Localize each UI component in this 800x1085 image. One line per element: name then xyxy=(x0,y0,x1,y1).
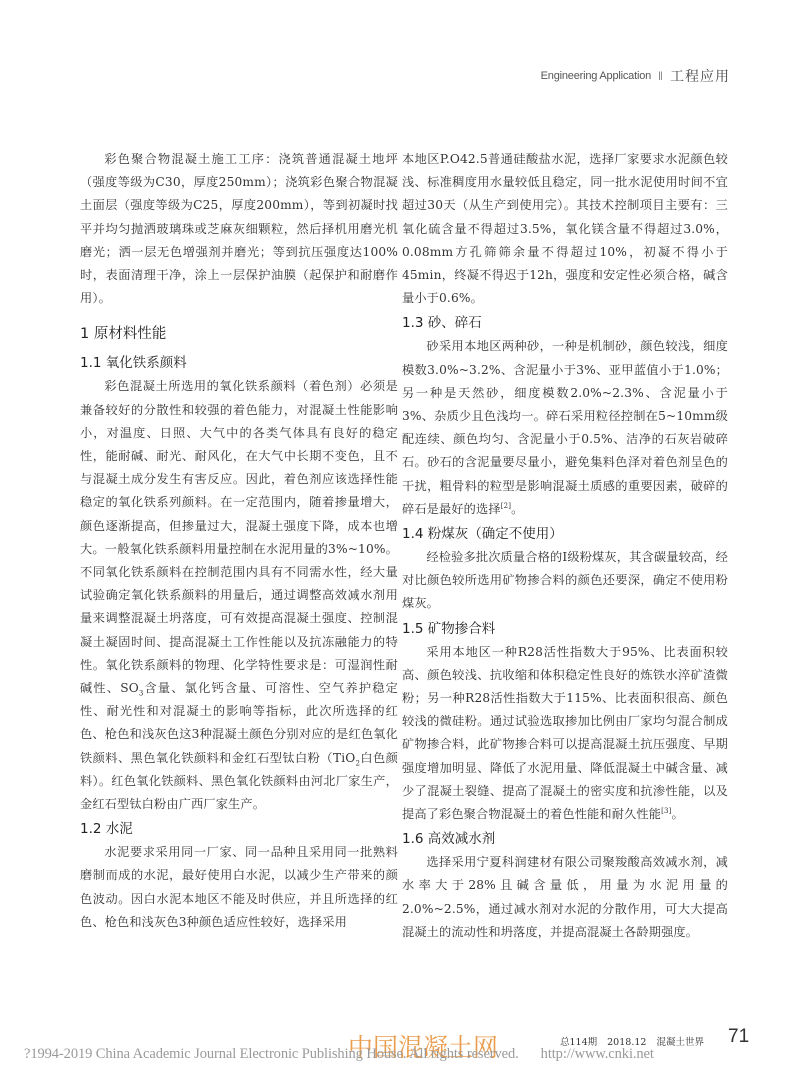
subsection-1-3-heading: 1.3 砂、碎石 xyxy=(402,312,728,334)
subsection-1-2-paragraph: 水泥要求采用同一厂家、同一品种且采用同一批熟料磨制而成的水泥，最好使用白水泥，以… xyxy=(80,841,398,934)
subsection-1-3-paragraph: 砂采用本地区两种砂，一种是机制砂，颜色较浅，细度模数3.0%~3.2%、含泥量小… xyxy=(402,335,728,521)
copyright-text: ?1994-2019 China Academic Journal Electr… xyxy=(24,1046,519,1062)
citation-ref[interactable]: [2] xyxy=(501,502,511,510)
left-column: 彩色聚合物混凝土施工工序：浇筑普通混凝土地坪（强度等级为C30，厚度250mm）… xyxy=(80,148,398,934)
subsection-1-1-paragraph: 彩色混凝土所选用的氧化铁系颜料（着色剂）必须是兼备较好的分散性和较强的着色能力，… xyxy=(80,375,398,816)
page-number: 71 xyxy=(728,1026,749,1048)
subsection-1-5-paragraph: 采用本地区一种R28活性指数大于95%、比表面积较高、颜色较浅、抗收缩和体积稳定… xyxy=(402,641,728,827)
subsection-1-2-heading: 1.2 水泥 xyxy=(80,818,398,840)
text-segment: 砂采用本地区两种砂，一种是机制砂，颜色较浅，细度模数3.0%~3.2%、含泥量小… xyxy=(402,339,728,515)
right-column: 本地区P.O42.5普通硅酸盐水泥，选择厂家要求水泥颜色较浅、标准稠度用水量较低… xyxy=(402,148,728,944)
intro-paragraph: 彩色聚合物混凝土施工工序：浇筑普通混凝土地坪（强度等级为C30，厚度250mm）… xyxy=(80,148,398,310)
subsection-1-4-paragraph: 经检验多批次质量合格的Ⅰ级粉煤灰，其含碳量较高，经对比颜色较所选用矿物掺合料的颜… xyxy=(402,546,728,616)
citation-ref[interactable]: [3] xyxy=(661,807,671,815)
journal-name: 混凝土世界 xyxy=(656,1034,704,1048)
header-section-en: Engineering Application xyxy=(541,70,651,82)
subsection-1-6-paragraph: 选择采用宁夏科润建材有限公司聚羧酸高效减水剂，减水率大于28%且碱含量低，用量为… xyxy=(402,851,728,944)
text-segment: 彩色混凝土所选用的氧化铁系颜料（着色剂）必须是兼备较好的分散性和较强的着色能力，… xyxy=(80,379,398,695)
header-section-cn: 工程应用 xyxy=(670,66,730,86)
header-separator: ‖ xyxy=(658,69,663,83)
cnki-link[interactable]: http://www.cnki.net xyxy=(541,1046,654,1062)
subsection-1-5-heading: 1.5 矿物掺合料 xyxy=(402,618,728,640)
section-1-heading: 1 原材料性能 xyxy=(80,324,398,344)
running-header: Engineering Application ‖ 工程应用 xyxy=(541,66,730,86)
text-segment: 采用本地区一种R28活性指数大于95%、比表面积较高、颜色较浅、抗收缩和体积稳定… xyxy=(402,645,728,821)
subsection-1-6-heading: 1.6 高效减水剂 xyxy=(402,828,728,850)
copyright-line: ?1994-2019 China Academic Journal Electr… xyxy=(24,1046,654,1063)
text-segment: 。 xyxy=(671,807,683,821)
subsection-1-2-continued: 本地区P.O42.5普通硅酸盐水泥，选择厂家要求水泥颜色较浅、标准稠度用水量较低… xyxy=(402,148,728,310)
subsection-1-4-heading: 1.4 粉煤灰（确定不使用） xyxy=(402,523,728,545)
text-segment: 。 xyxy=(511,502,523,516)
subsection-1-1-heading: 1.1 氧化铁系颜料 xyxy=(80,352,398,374)
